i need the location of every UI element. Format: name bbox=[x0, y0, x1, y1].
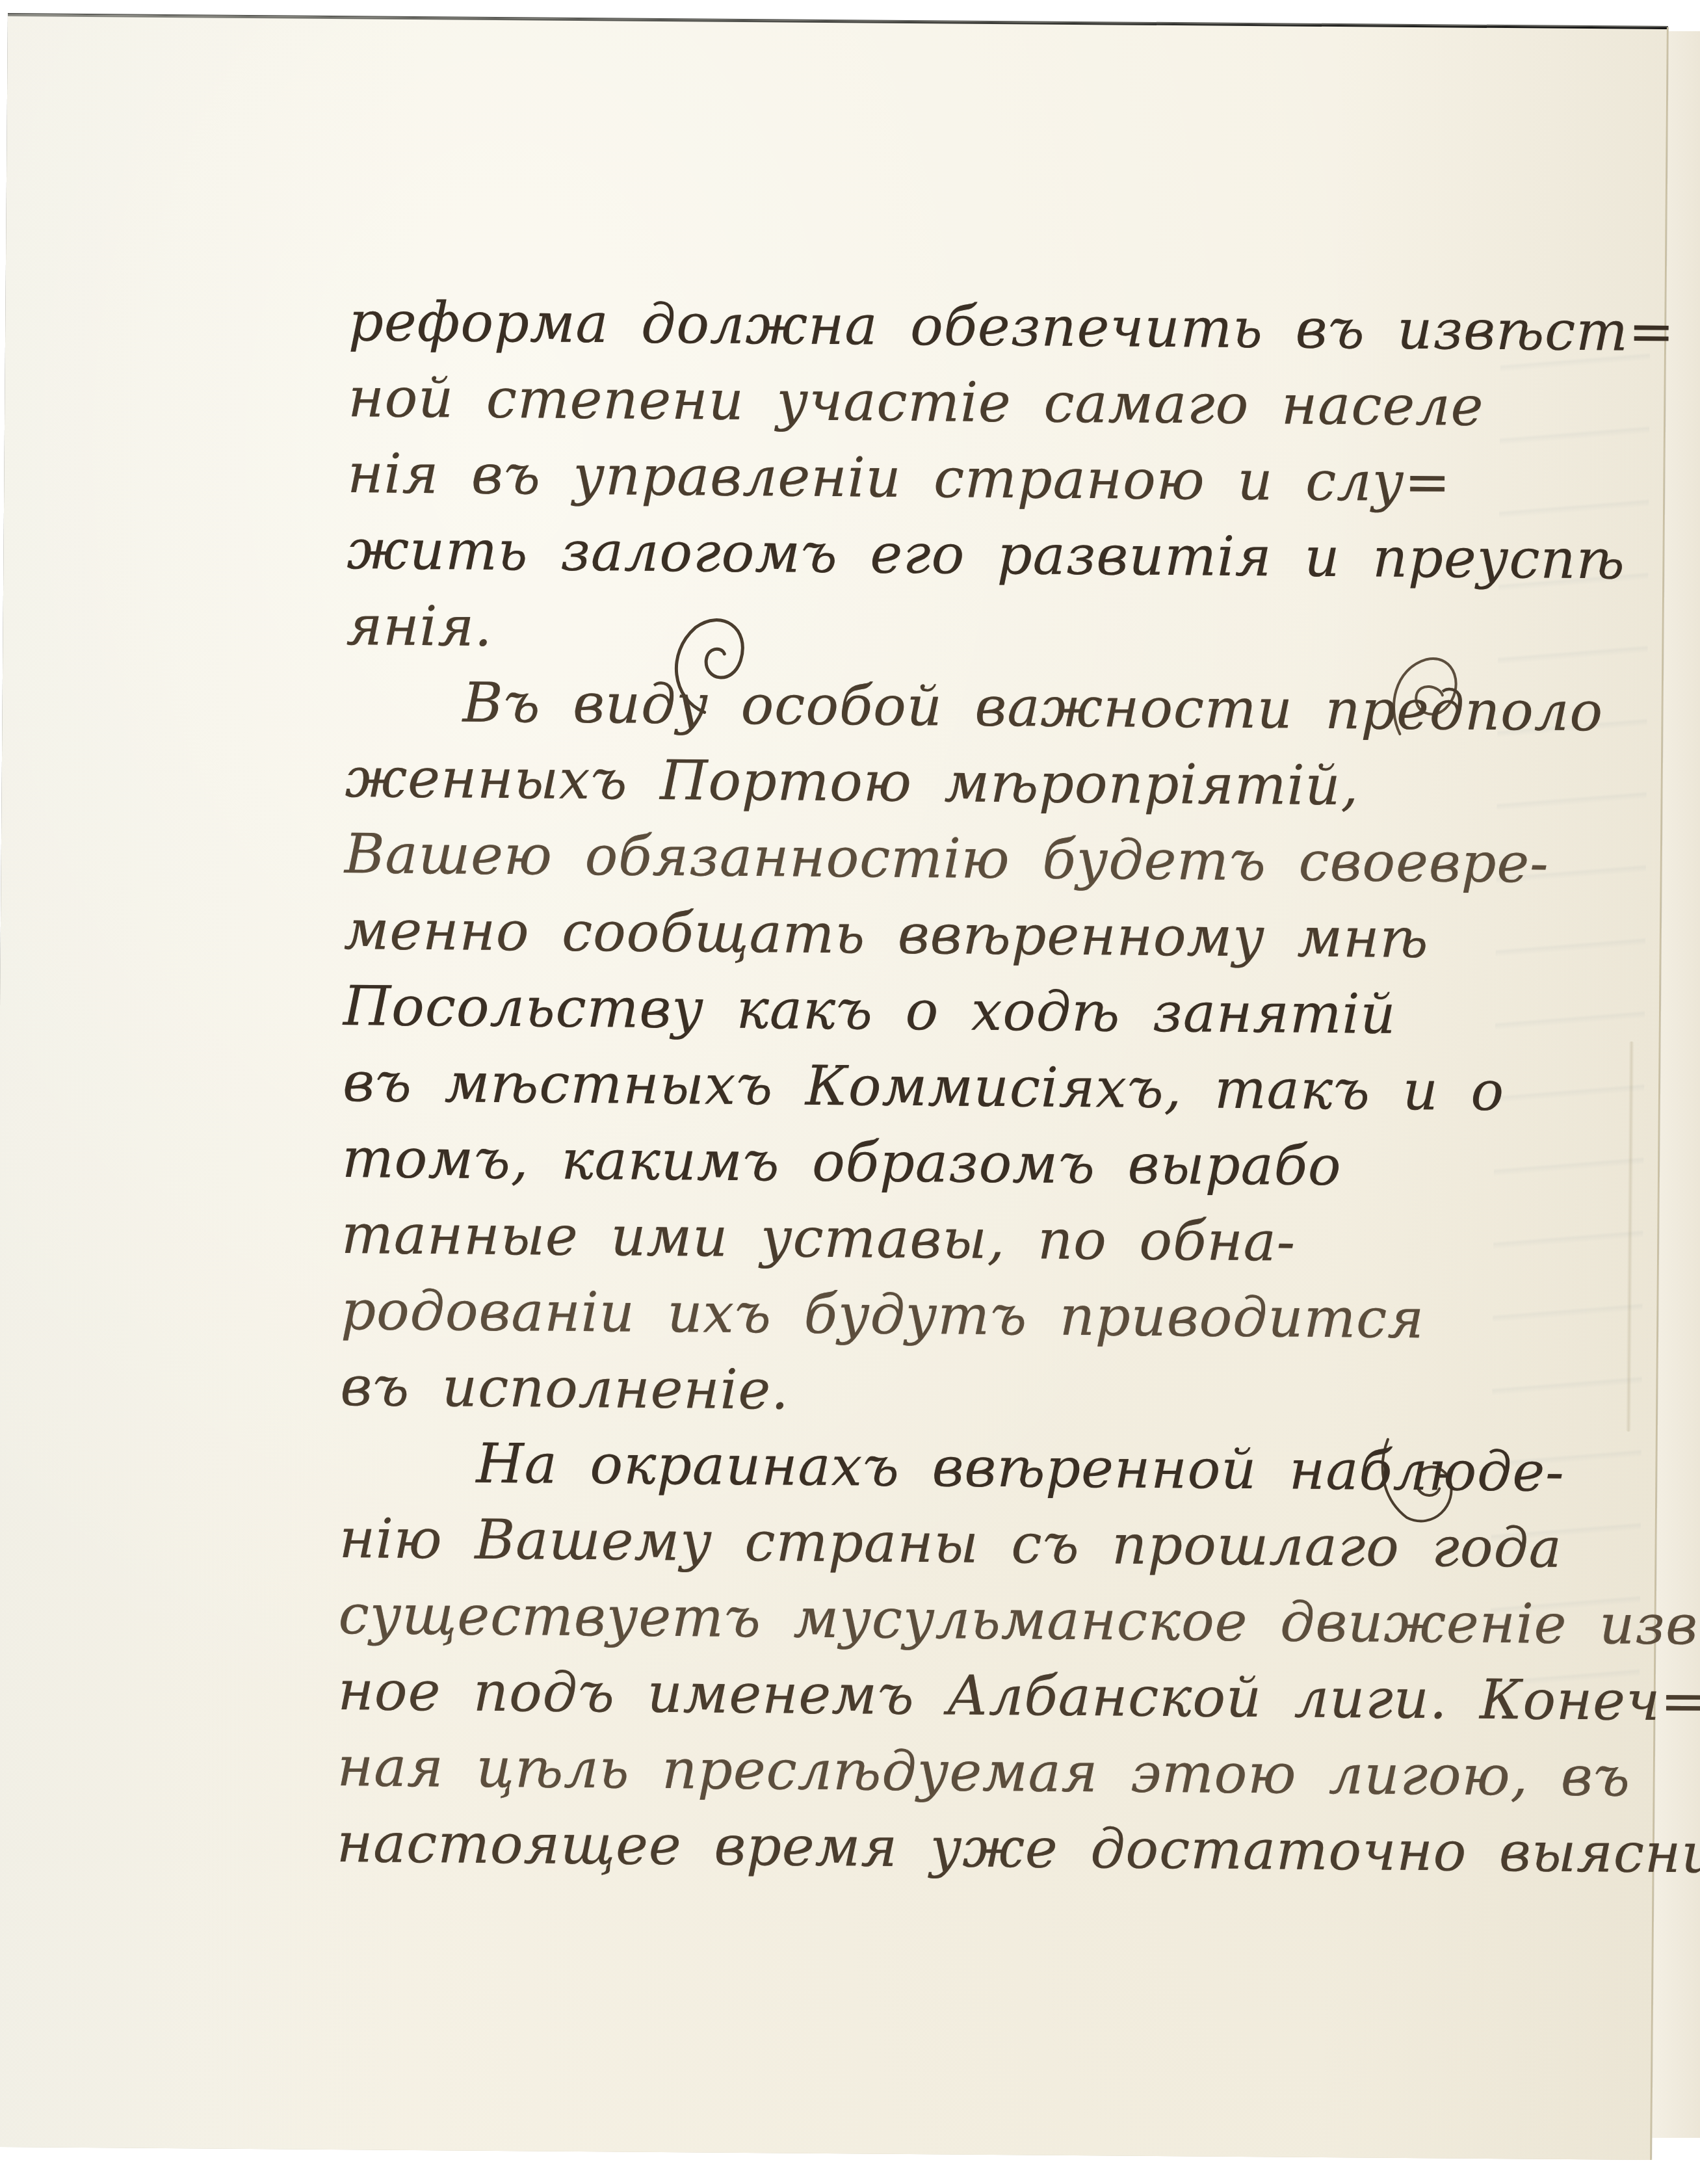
manuscript-text: реформа должна обезпечить въ извѣст= ной… bbox=[336, 283, 1675, 1891]
text-line: нія въ управленіи страною и слу= bbox=[347, 436, 1674, 522]
text-line: томъ, какимъ образомъ вырабо bbox=[342, 1120, 1669, 1207]
text-line: жить залогомъ его развитія и преуспѣ bbox=[347, 512, 1673, 598]
text-line: янія. bbox=[346, 588, 1673, 674]
text-line: ная цѣль преслѣдуемая этою лигою, въ bbox=[337, 1729, 1664, 1815]
page-top-edge bbox=[8, 14, 1668, 29]
manuscript-page: реформа должна обезпечить въ извѣст= ной… bbox=[0, 14, 1668, 2160]
text-line: ное подъ именемъ Албанской лиги. Конеч= bbox=[337, 1653, 1664, 1739]
text-line: въ мѣстныхъ Коммисіяхъ, такъ и о bbox=[343, 1044, 1669, 1131]
text-line: Посольству какъ о ходѣ занятій bbox=[343, 968, 1670, 1055]
text-line: Въ виду особой важности предполо bbox=[345, 664, 1672, 750]
text-line: менно сообщать ввѣренному мнѣ bbox=[343, 892, 1670, 979]
text-line: Вашею обязанностію будетъ своевре- bbox=[344, 816, 1671, 902]
text-line: нію Вашему страны съ прошлаго года bbox=[339, 1501, 1666, 1587]
text-line: реформа должна обезпечить въ извѣст= bbox=[348, 283, 1675, 370]
text-line: въ исполненіе. bbox=[340, 1349, 1667, 1435]
text-line: существуетъ мусульманское движеніе извѣс… bbox=[338, 1577, 1665, 1663]
text-line: женныхъ Портою мѣропріятій, bbox=[345, 740, 1671, 826]
text-line: родованіи ихъ будутъ приводится bbox=[341, 1272, 1667, 1359]
text-line: ной степени участіе самаго населе bbox=[348, 360, 1675, 446]
text-line: На окраинахъ ввѣренной наблюде- bbox=[339, 1425, 1666, 1511]
text-line: танные ими уставы, по обна- bbox=[341, 1196, 1668, 1283]
text-line: настоящее время уже достаточно выясни= bbox=[336, 1805, 1663, 1891]
